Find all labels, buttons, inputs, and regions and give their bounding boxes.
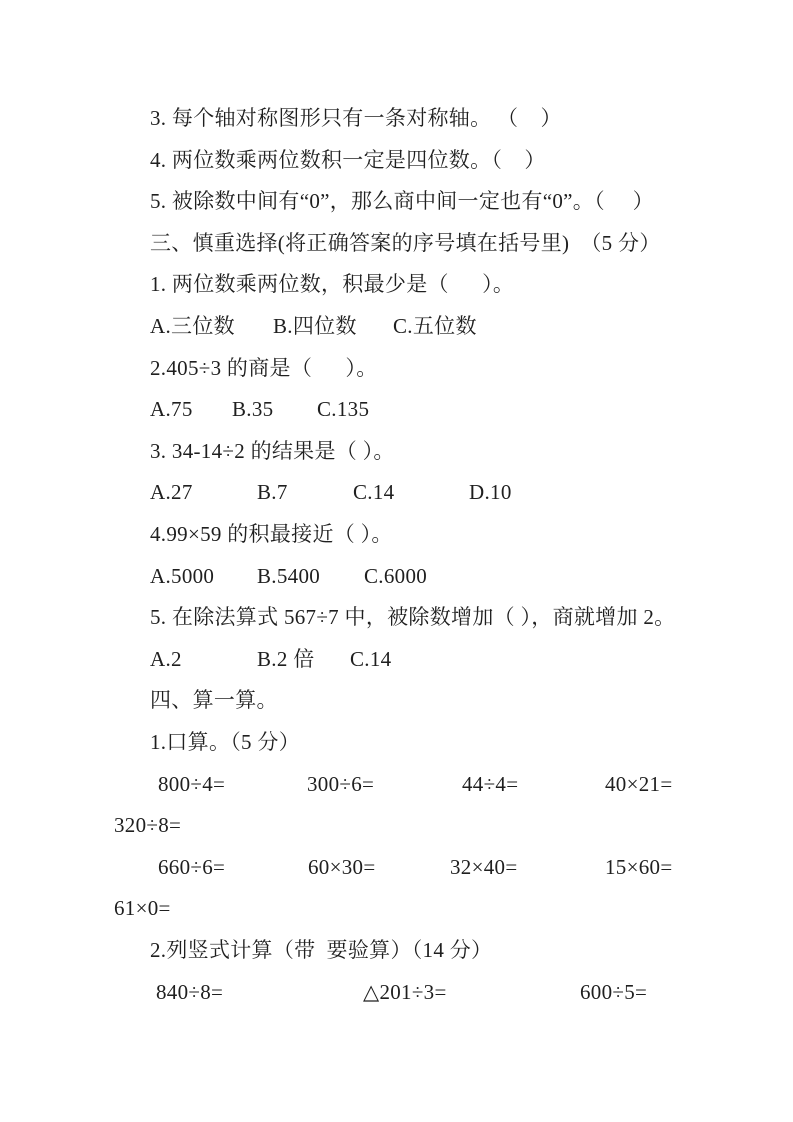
oral-expr-5: 320÷8= — [114, 810, 181, 840]
oral-calc-row-2: 660÷6= 60×30= 32×40= 15×60= — [0, 852, 793, 882]
mc-question-4-options: A.5000 B.5400 C.6000 — [0, 561, 793, 591]
mc5-option-a: A.2 — [150, 644, 182, 674]
oral-expr-2: 300÷6= — [307, 769, 374, 799]
mc-question-4: 4.99×59 的积最接近（ ）。 — [150, 519, 393, 549]
oral-expr-9: 15×60= — [605, 852, 673, 882]
vertical-expr-2-triangle: △201÷3= — [363, 977, 447, 1007]
mc-question-1: 1. 两位数乘两位数，积最少是（ ）。 — [150, 269, 514, 299]
vertical-expr-3: 600÷5= — [580, 977, 647, 1007]
mc2-option-b: B.35 — [232, 394, 273, 424]
oral-expr-6: 660÷6= — [158, 852, 225, 882]
judge-statement-3: 3. 每个轴对称图形只有一条对称轴。 （ ） — [150, 103, 562, 133]
mc-question-3: 3. 34-14÷2 的结果是（ ）。 — [150, 436, 395, 466]
mc3-option-a: A.27 — [150, 477, 193, 507]
mc-question-5-options: A.2 B.2 倍 C.14 — [0, 644, 793, 674]
exam-paper-page: 3. 每个轴对称图形只有一条对称轴。 （ ） 4. 两位数乘两位数积一定是四位数… — [0, 0, 793, 1122]
section-heading-choice: 三、慎重选择(将正确答案的序号填在括号里) （5 分） — [150, 228, 661, 258]
mc5-option-c: C.14 — [350, 644, 391, 674]
mc1-option-c: C.五位数 — [393, 311, 477, 341]
judge-statement-5: 5. 被除数中间有“0”，那么商中间一定也有“0”。（ ） — [150, 186, 654, 216]
mc1-option-a: A.三位数 — [150, 311, 235, 341]
mc4-option-b: B.5400 — [257, 561, 320, 591]
vertical-calc-row: 840÷8= △201÷3= 600÷5= — [0, 977, 793, 1007]
oral-expr-4: 40×21= — [605, 769, 673, 799]
oral-expr-1: 800÷4= — [158, 769, 225, 799]
mc-question-5: 5. 在除法算式 567÷7 中，被除数增加（ ），商就增加 2。 — [150, 602, 675, 632]
mc-question-2: 2.405÷3 的商是（ ）。 — [150, 353, 378, 383]
oral-expr-8: 32×40= — [450, 852, 518, 882]
vertical-expr-1: 840÷8= — [156, 977, 223, 1007]
section-heading-calculate: 四、算一算。 — [150, 685, 278, 715]
oral-expr-3: 44÷4= — [462, 769, 518, 799]
judge-statement-4: 4. 两位数乘两位数积一定是四位数。（ ） — [150, 145, 546, 175]
mc5-option-b: B.2 倍 — [257, 644, 315, 674]
mc1-option-b: B.四位数 — [273, 311, 357, 341]
vertical-calculation-heading: 2.列竖式计算（带 要验算）（14 分） — [150, 935, 492, 965]
mc3-option-c: C.14 — [353, 477, 394, 507]
mc-question-3-options: A.27 B.7 C.14 D.10 — [0, 477, 793, 507]
mc3-option-d: D.10 — [469, 477, 512, 507]
mc2-option-a: A.75 — [150, 394, 193, 424]
mc-question-1-options: A.三位数 B.四位数 C.五位数 — [0, 311, 793, 341]
mc2-option-c: C.135 — [317, 394, 369, 424]
mc4-option-c: C.6000 — [364, 561, 427, 591]
oral-calc-row-1: 800÷4= 300÷6= 44÷4= 40×21= — [0, 769, 793, 799]
mc4-option-a: A.5000 — [150, 561, 214, 591]
oral-expr-10: 61×0= — [114, 893, 171, 923]
oral-calculation-heading: 1.口算。（5 分） — [150, 727, 300, 757]
mc-question-2-options: A.75 B.35 C.135 — [0, 394, 793, 424]
oral-expr-7: 60×30= — [308, 852, 376, 882]
mc3-option-b: B.7 — [257, 477, 288, 507]
